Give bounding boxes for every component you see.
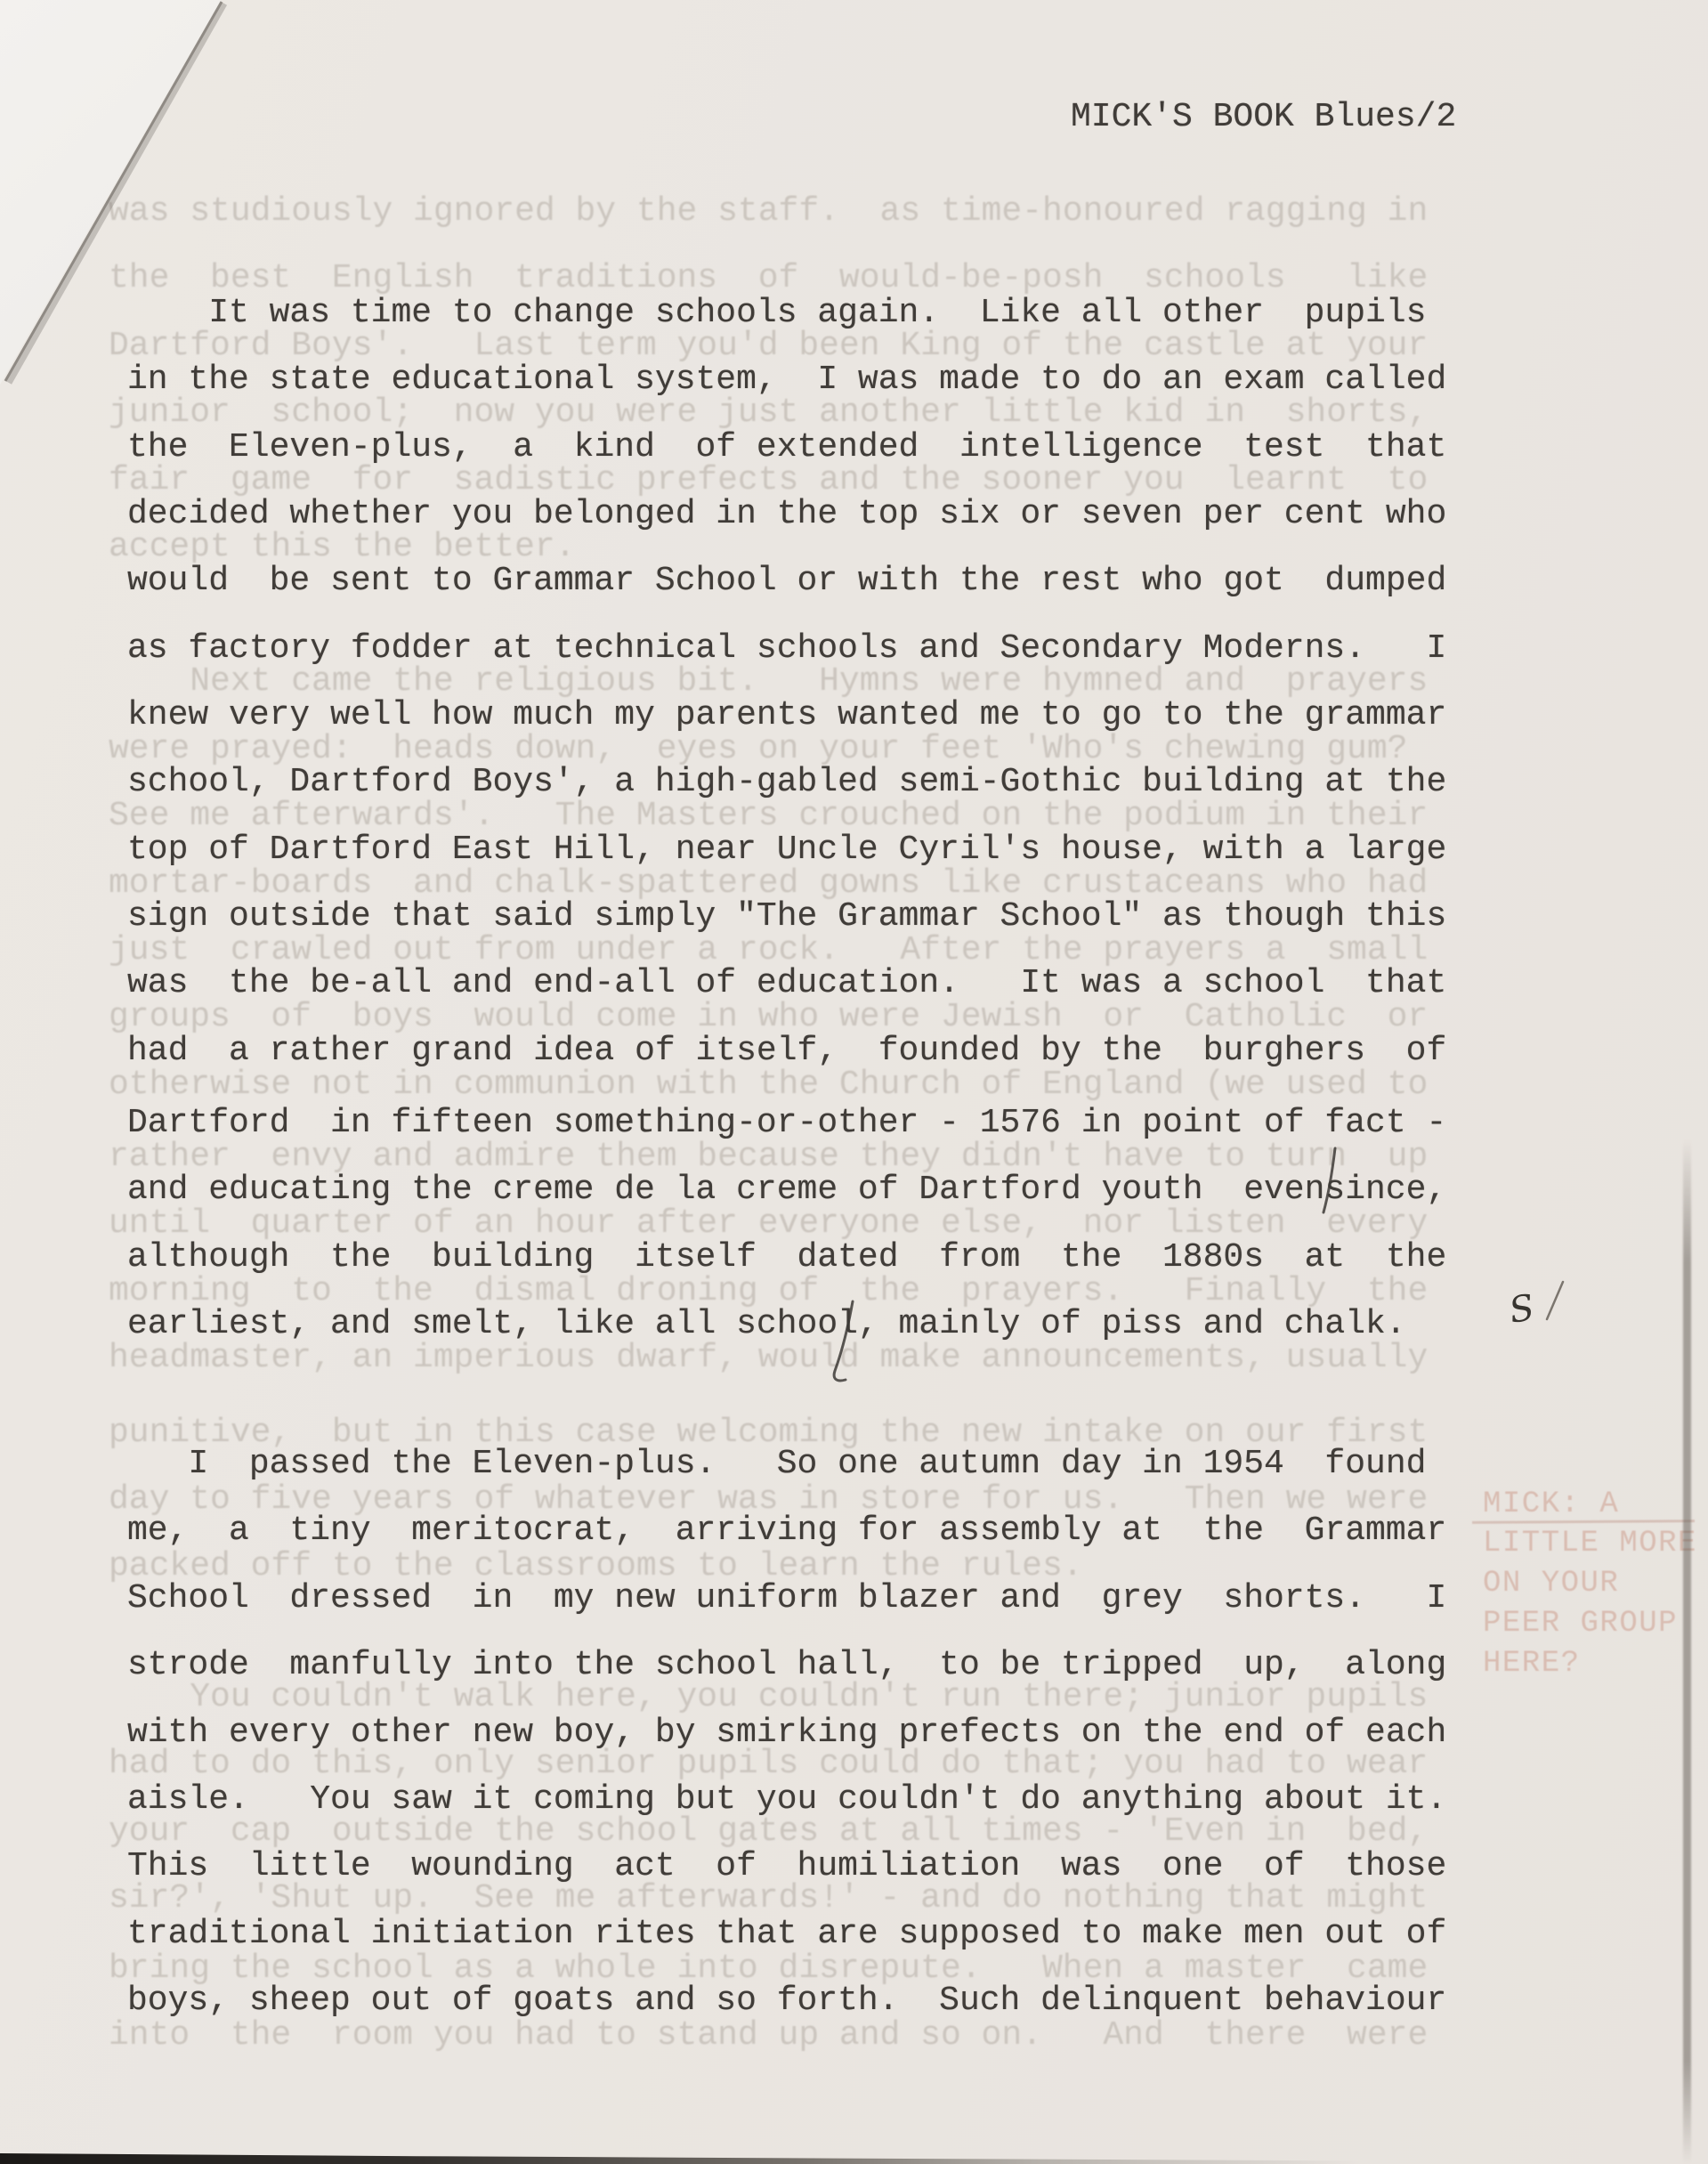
paper-edge-seam	[1683, 1139, 1691, 2164]
pen-caret-mark	[1323, 1148, 1335, 1212]
pen-s-slash	[1547, 1282, 1563, 1319]
fold-crease-shadow	[9, 4, 224, 383]
pen-slash-mark	[834, 1301, 853, 1381]
pen-marks-overlay	[0, 0, 1708, 2164]
fold-crease-line	[5, 2, 222, 381]
manuscript-page: MICK'S BOOK Blues/2 S was studiously ign…	[0, 0, 1708, 2164]
